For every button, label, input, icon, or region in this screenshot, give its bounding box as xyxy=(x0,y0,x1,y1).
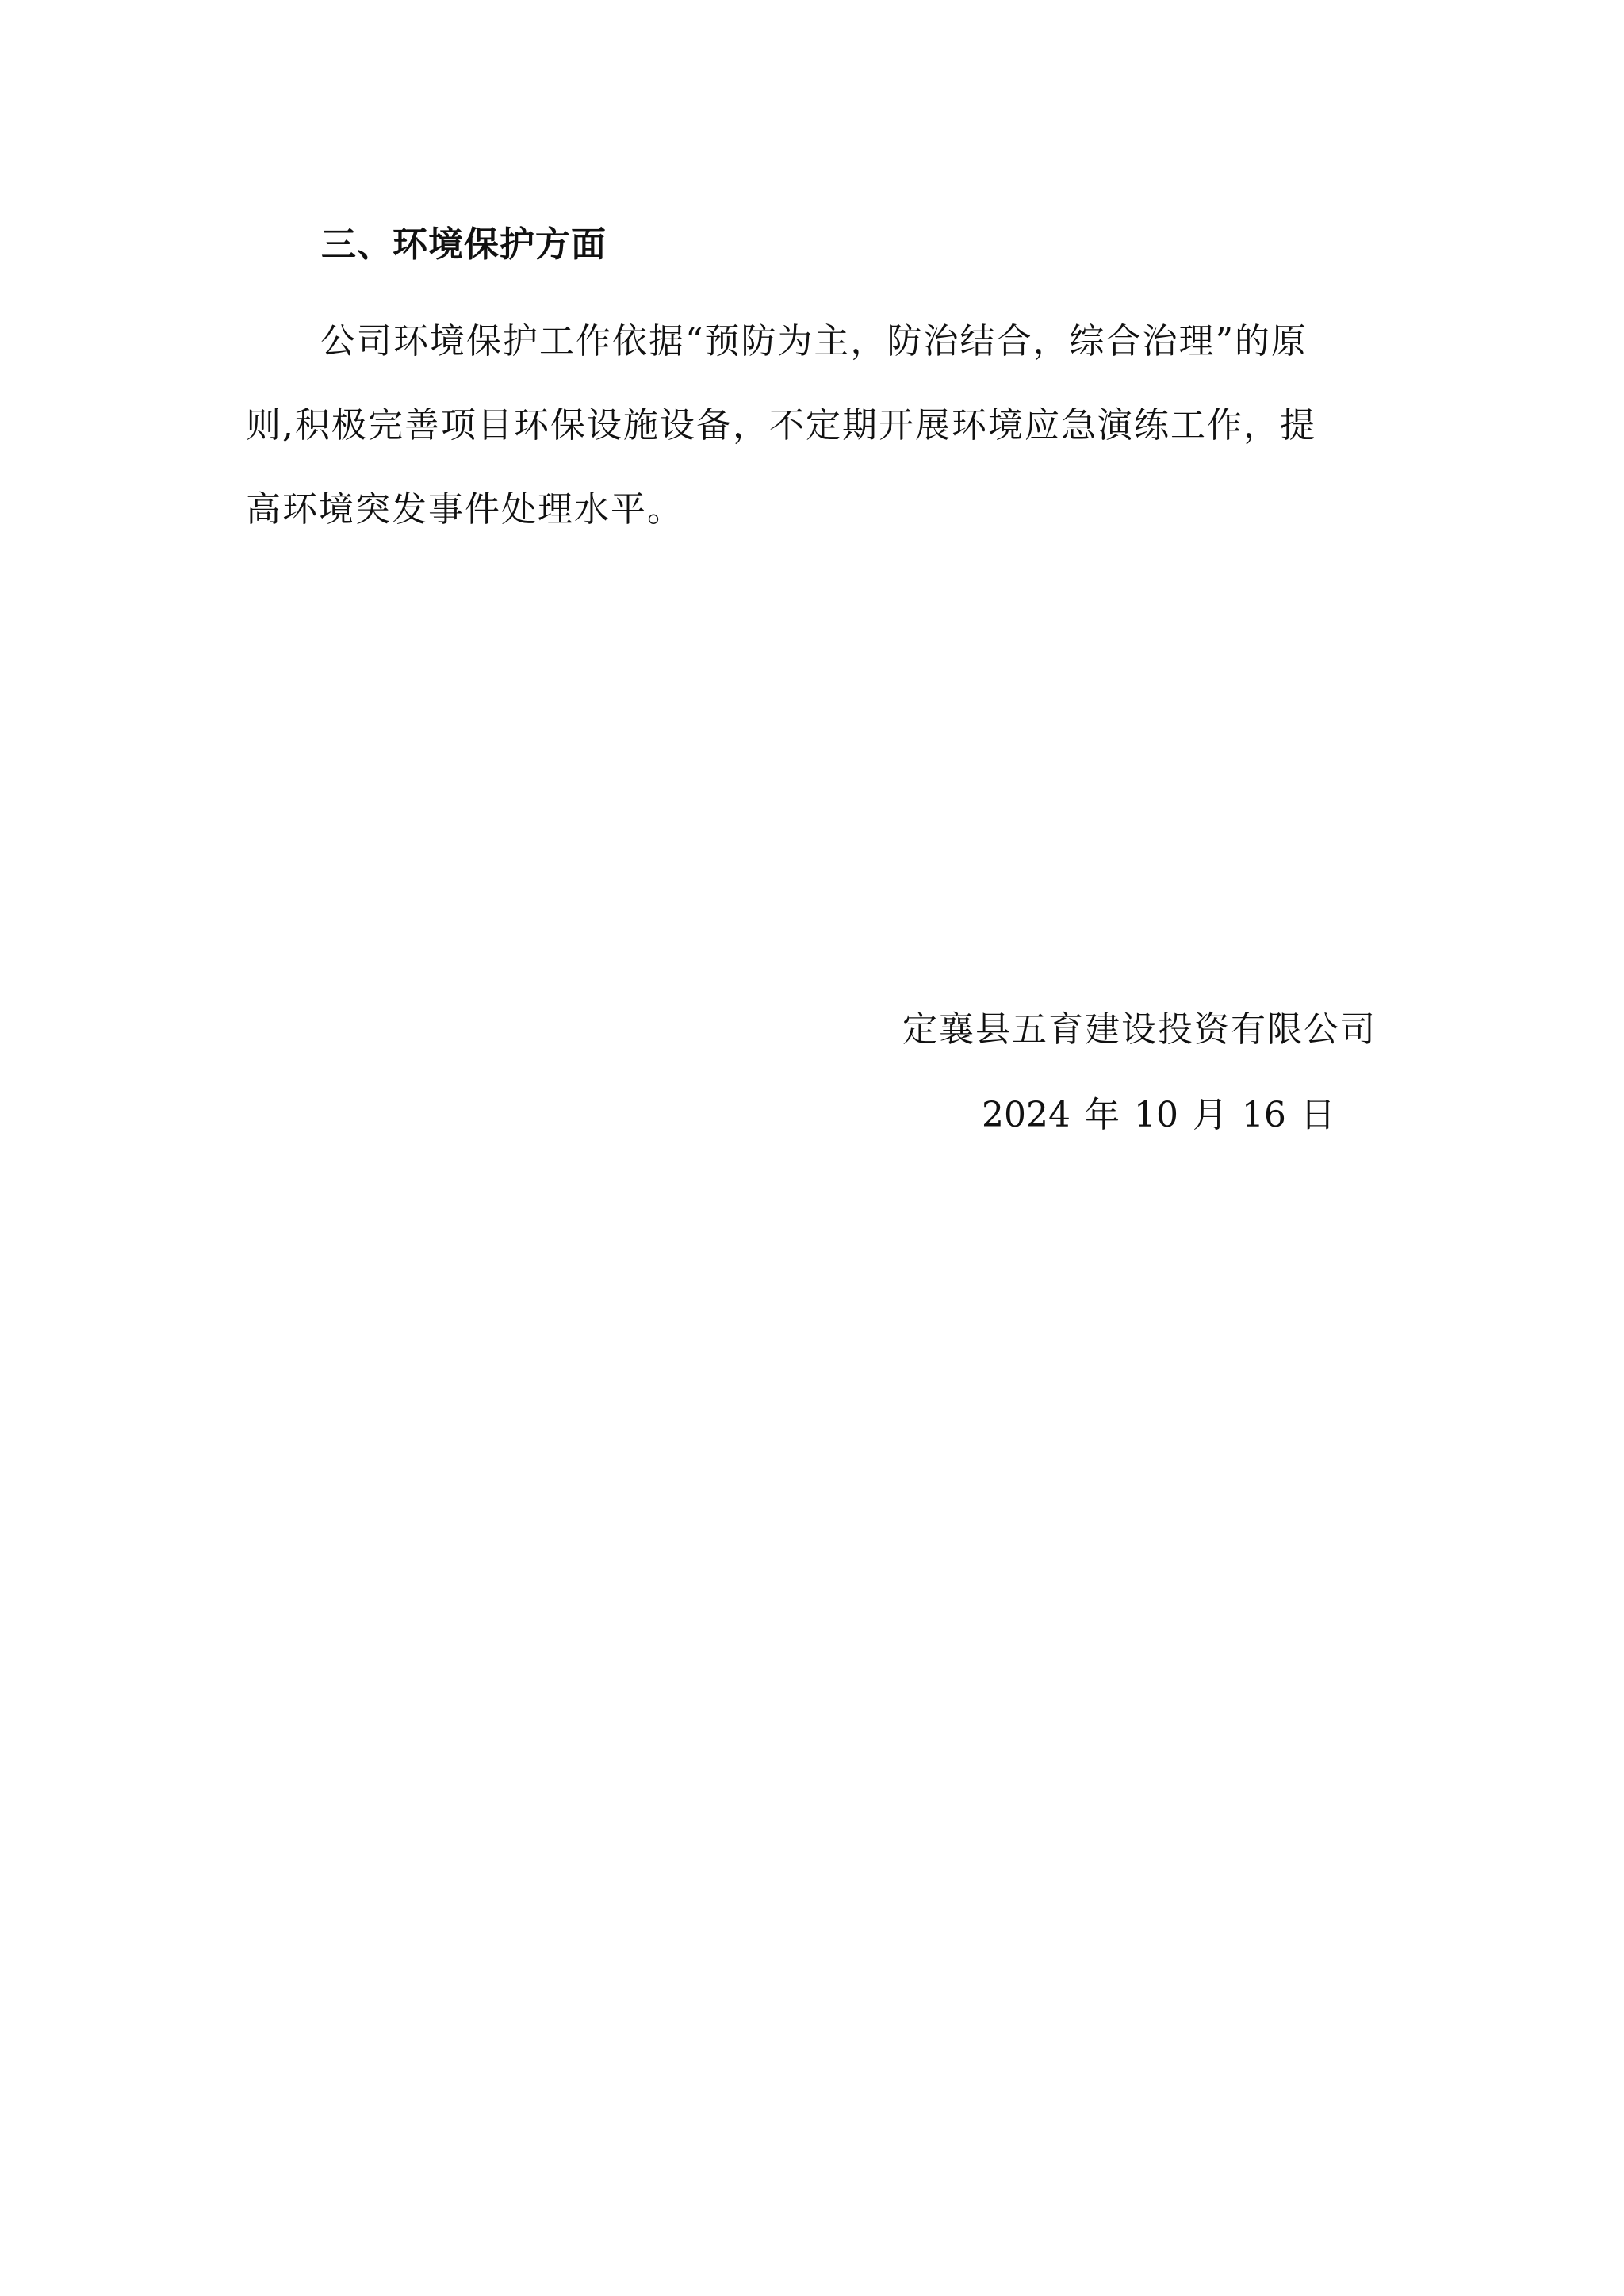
paragraph-line: 高环境突发事件处理水平。 xyxy=(246,468,1388,552)
body-paragraph: 公司环境保护工作依据“预防为主，防治结合，综合治理”的原 则,积极完善项目环保设… xyxy=(246,300,1388,552)
signature-date: 2024 年 10 月 16 日 xyxy=(982,1086,1335,1137)
paragraph-line: 则,积极完善项目环保设施设备，不定期开展环境应急演练工作，提 xyxy=(246,384,1388,468)
signature-organization: 定襄县五育建设投资有限公司 xyxy=(902,1001,1377,1051)
section-heading: 三、环境保护方面 xyxy=(321,216,607,266)
document-page: 三、环境保护方面 公司环境保护工作依据“预防为主，防治结合，综合治理”的原 则,… xyxy=(0,0,1624,2296)
paragraph-line: 公司环境保护工作依据“预防为主，防治结合，综合治理”的原 xyxy=(246,300,1388,384)
